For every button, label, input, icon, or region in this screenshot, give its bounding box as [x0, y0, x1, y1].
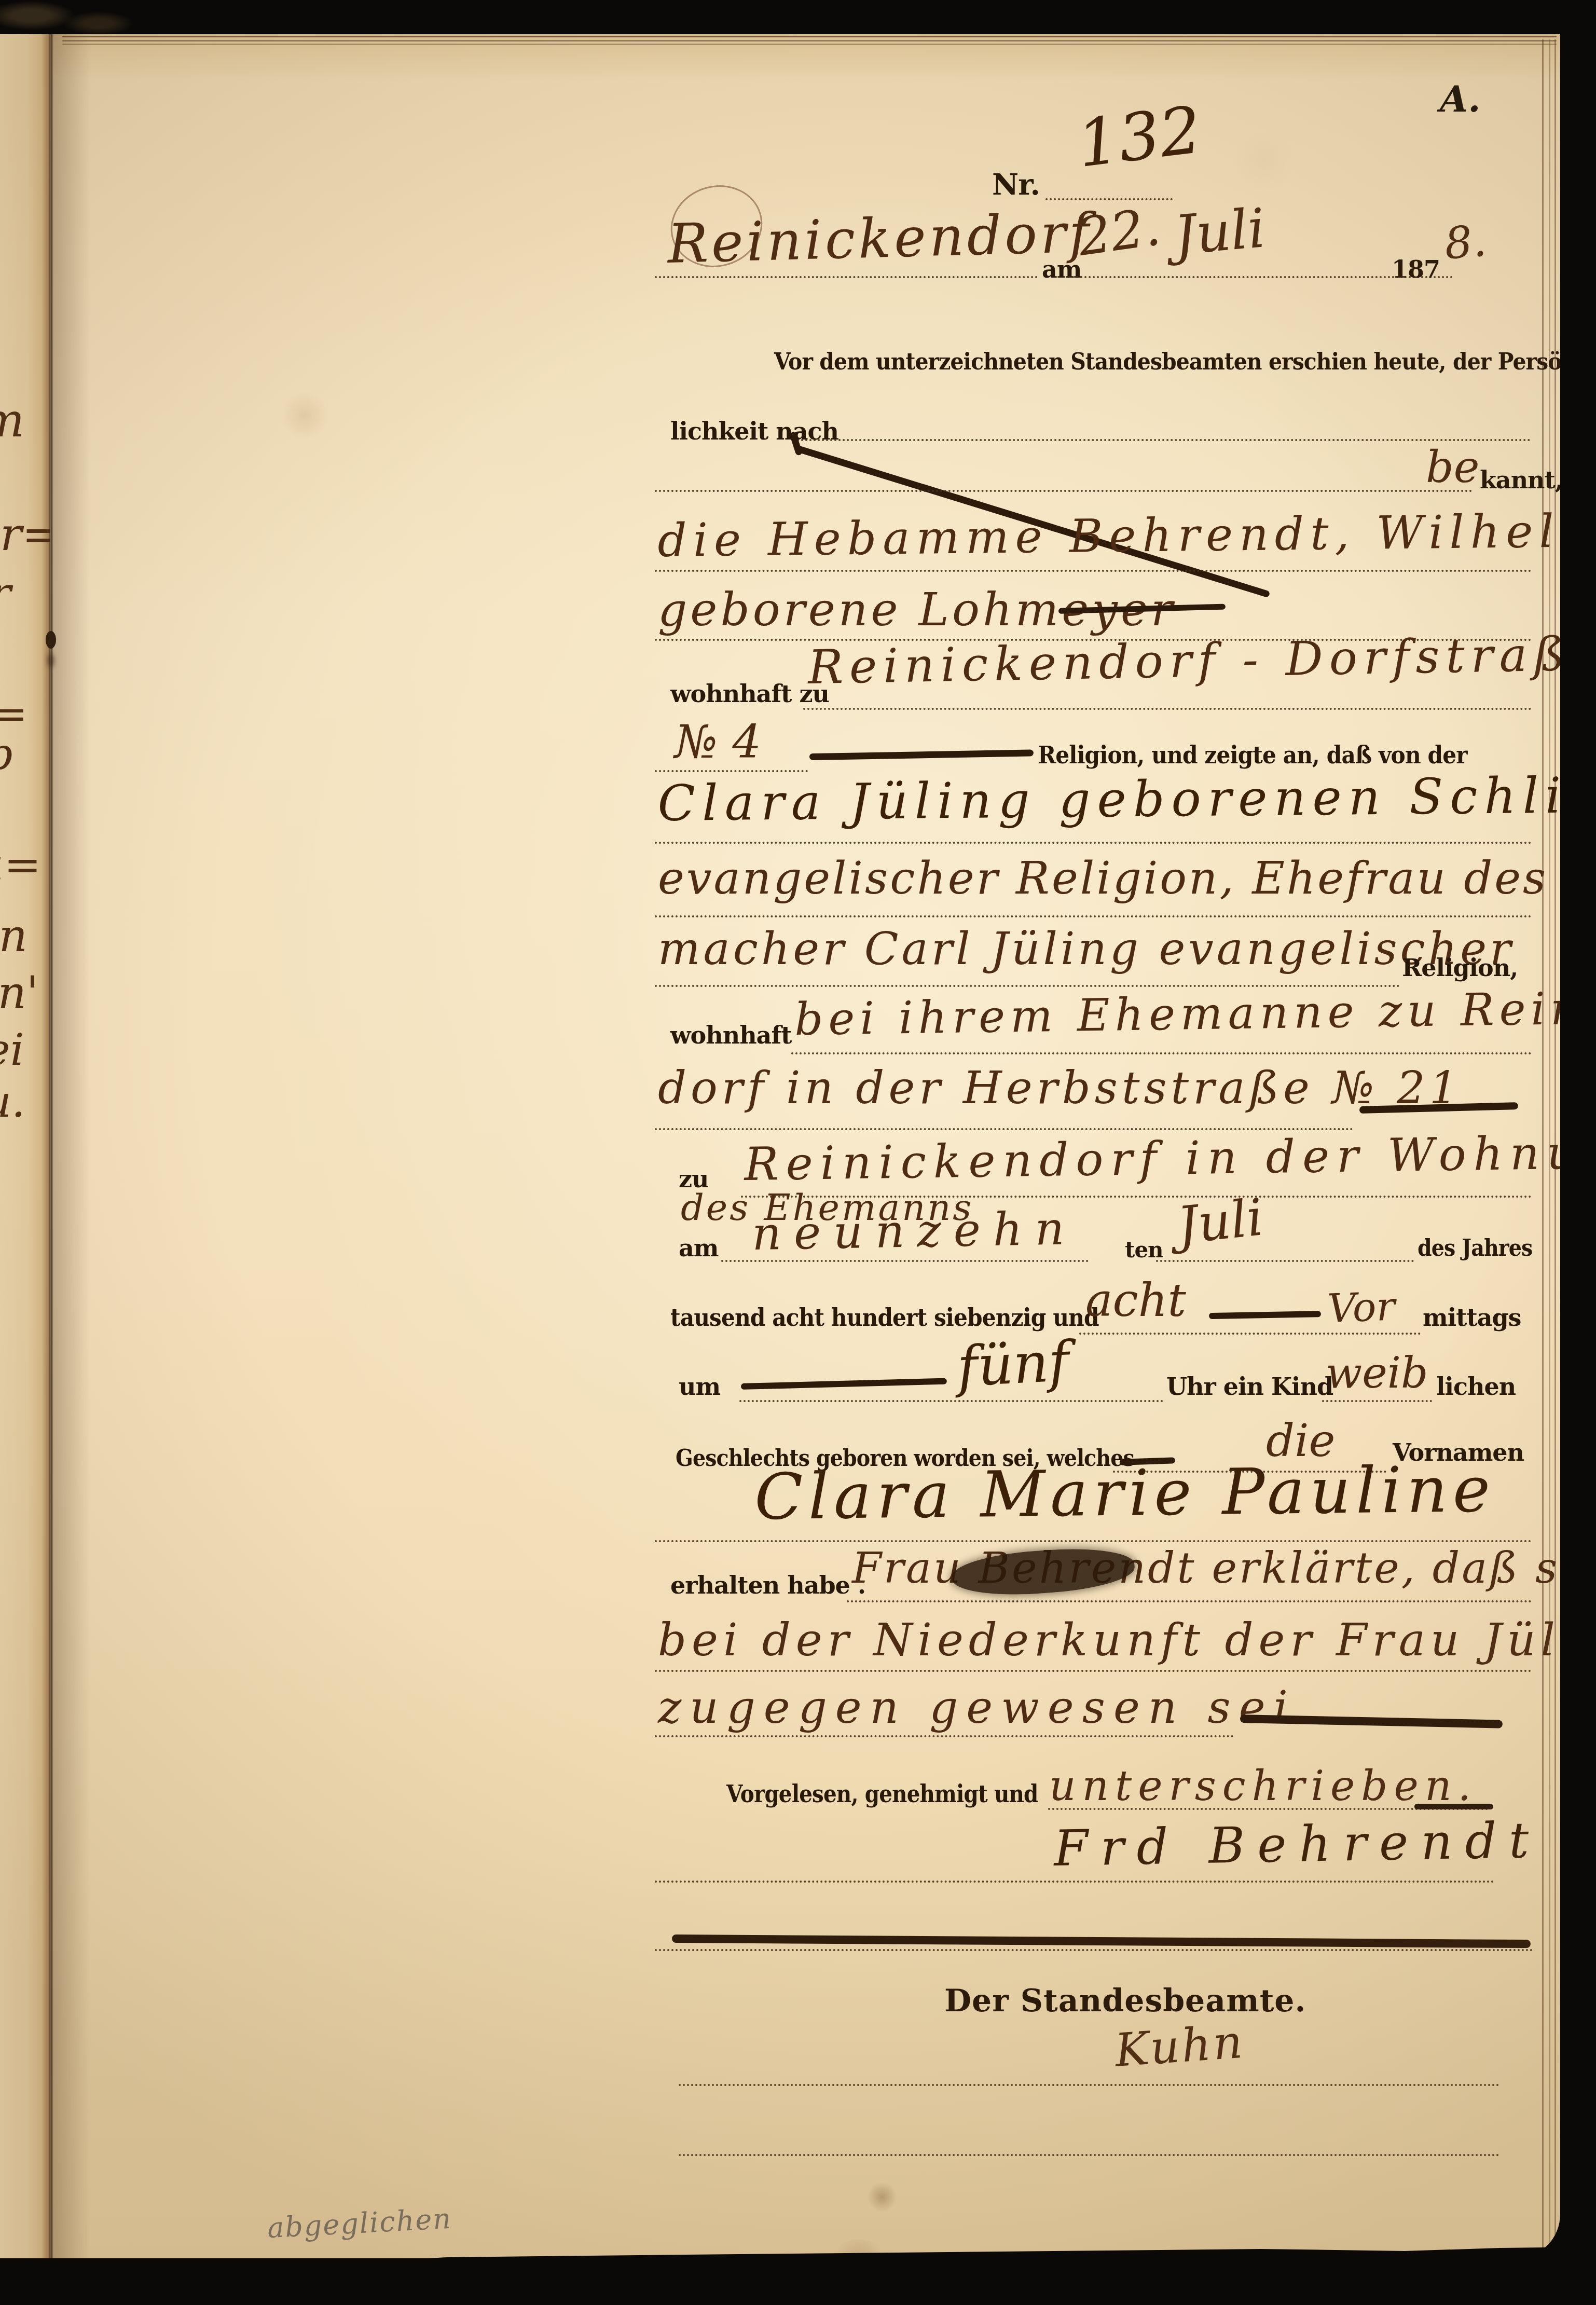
father-name-line: macher Carl Jüling evangelischer — [658, 927, 1514, 971]
ruled-dotted-line — [655, 1735, 1234, 1737]
birth-hour: fünf — [956, 1334, 1070, 1395]
daytime-hand: Vor — [1327, 1287, 1396, 1328]
certificate-page: m er= r = b u= nn nn' ei u. A. Nr. 132 R… — [0, 34, 1560, 2258]
mother-religion-line: evangelischer Religion, Ehefrau des Stel… — [658, 856, 1560, 901]
margin-fragment: u= — [0, 843, 41, 887]
record-number-label: Nr. — [992, 170, 1040, 199]
sex-hand: weib — [1326, 1352, 1428, 1395]
known-hand-prefix: be — [1426, 445, 1479, 489]
form-letter-a: A. — [1440, 81, 1481, 117]
ruled-dotted-line — [655, 1670, 1532, 1672]
declaration-line-3: zugegen gewesen sei. — [658, 1685, 1318, 1730]
declarant-signature: Frd Behrendt — [1053, 1816, 1542, 1874]
ruled-dotted-line — [655, 1128, 1353, 1130]
ruled-dotted-line — [655, 1540, 1532, 1542]
birthplace-line: Reinickendorf in der Wohnung — [744, 1129, 1560, 1187]
margin-fragment: m — [0, 397, 24, 444]
record-place: Reinickendorf — [667, 206, 1093, 271]
declarant-name-line: die Hebamme Behrendt, Wilhelmine — [657, 507, 1560, 564]
ruled-dotted-line — [793, 439, 1531, 441]
margin-fragment: nn — [0, 914, 27, 958]
residence2-label: wohnhaft — [670, 1023, 791, 1047]
binding-crease — [49, 34, 54, 2258]
registry-book-scan: m er= r = b u= nn nn' ei u. A. Nr. 132 R… — [0, 0, 1596, 2305]
ruled-dotted-line — [1156, 1260, 1414, 1262]
intro-line-1: Vor dem unterzeichneten Standesbeamten e… — [774, 351, 1560, 374]
ink-stroke — [741, 1378, 947, 1390]
ruled-dotted-line — [803, 708, 1532, 710]
birth-month: Juli — [1175, 1192, 1265, 1252]
paper-stain — [866, 2183, 898, 2211]
religion-label: Religion, — [1402, 956, 1518, 980]
ruled-dotted-line — [655, 1881, 1494, 1883]
ruled-dotted-line — [655, 1949, 1533, 1951]
ruled-dotted-line — [655, 570, 1532, 572]
um-label: um — [679, 1375, 720, 1398]
ruled-dotted-line — [679, 2154, 1499, 2156]
registrar-signature: Kuhn — [1113, 2019, 1246, 2074]
residence-label: wohnhaft zu — [670, 682, 829, 706]
ruled-dotted-line — [1079, 1333, 1421, 1335]
ink-stroke — [809, 749, 1034, 760]
religion-notice: Religion, und zeigte an, daß von der — [1038, 743, 1467, 767]
am2-label: am — [679, 1236, 718, 1260]
margin-fragment: ei — [0, 1028, 24, 1072]
closing-hand: unterschrieben. — [1049, 1765, 1477, 1807]
ruled-dotted-line — [721, 1260, 1089, 1262]
ruled-dotted-line — [1322, 1400, 1432, 1402]
ruled-dotted-line — [739, 1400, 1163, 1402]
facing-page-strip: m er= r = b u= nn nn' ei u. — [0, 34, 50, 2258]
residence2-street: dorf in der Herbststraße № 21 — [658, 1066, 1462, 1110]
scan-border-top — [0, 0, 1596, 34]
margin-fragment: nn' — [0, 971, 38, 1016]
house-number: № 4 — [675, 719, 761, 765]
birth-day: neunzehn — [751, 1205, 1077, 1257]
scan-border-right — [1560, 0, 1596, 2305]
year-digit: 8. — [1443, 218, 1488, 266]
record-day: 22. — [1075, 201, 1163, 264]
margin-fragment: u. — [0, 1080, 25, 1123]
record-number-value: 132 — [1074, 98, 1205, 177]
erhalten-label: erhalten habe . — [670, 1573, 865, 1597]
residence2-value: bei ihrem Ehemanne zu Reinicken — [794, 984, 1560, 1042]
mittags-label: mittags — [1423, 1306, 1521, 1329]
paper-stain — [280, 392, 329, 439]
year-word-hand: acht — [1085, 1278, 1186, 1323]
ruled-dotted-line — [655, 490, 1473, 492]
ink-stroke — [1209, 1311, 1321, 1319]
mother-name-line: Clara Jüling geborenen Schlieper — [657, 770, 1560, 829]
page-edge-line — [62, 36, 1557, 37]
margin-fragment: b — [0, 732, 15, 776]
paper-stain — [1230, 133, 1297, 190]
declaration-line-2: bei der Niederkunft der Frau Jüling — [658, 1618, 1560, 1663]
ink-blot — [46, 631, 56, 649]
year-words-line: tausend acht hundert siebenzig und — [670, 1306, 1099, 1329]
child-name: Clara Marie Pauline — [754, 1458, 1496, 1529]
binding-threads — [0, 0, 156, 37]
ink-stroke — [1414, 1804, 1493, 1809]
ruled-dotted-line — [655, 770, 808, 772]
ink-stroke-long — [672, 1934, 1531, 1948]
page-edge-line — [62, 40, 1557, 42]
margin-fragment: er= — [0, 512, 50, 557]
uhr-label: Uhr ein Kind — [1166, 1375, 1333, 1398]
page-edge-line — [62, 44, 1557, 45]
pencil-annotation: abgeglichen — [267, 2205, 452, 2243]
des-jahres-label: des Jahres — [1418, 1237, 1533, 1260]
known-printed-suffix: kannt, — [1480, 468, 1560, 492]
ruled-dotted-line — [847, 1600, 1532, 1602]
closing-printed: Vorgelesen, genehmigt und — [726, 1782, 1038, 1806]
ruled-dotted-line — [655, 842, 1532, 844]
ruled-dotted-line — [655, 276, 1038, 278]
ruled-dotted-line — [791, 1052, 1532, 1054]
year-printed: 187 — [1392, 257, 1440, 281]
ten-label: ten — [1125, 1239, 1163, 1261]
margin-fragment: r — [0, 571, 11, 616]
record-month: Juli — [1172, 201, 1268, 263]
ruled-dotted-line — [655, 915, 1532, 917]
registrar-heading: Der Standesbeamte. — [944, 1985, 1306, 2016]
lichen-label: lichen — [1436, 1375, 1516, 1398]
binding-shadow — [54, 34, 90, 2258]
residence-value: Reinickendorf - Dorfstraße — [807, 630, 1560, 691]
ruled-dotted-line — [679, 2084, 1499, 2086]
